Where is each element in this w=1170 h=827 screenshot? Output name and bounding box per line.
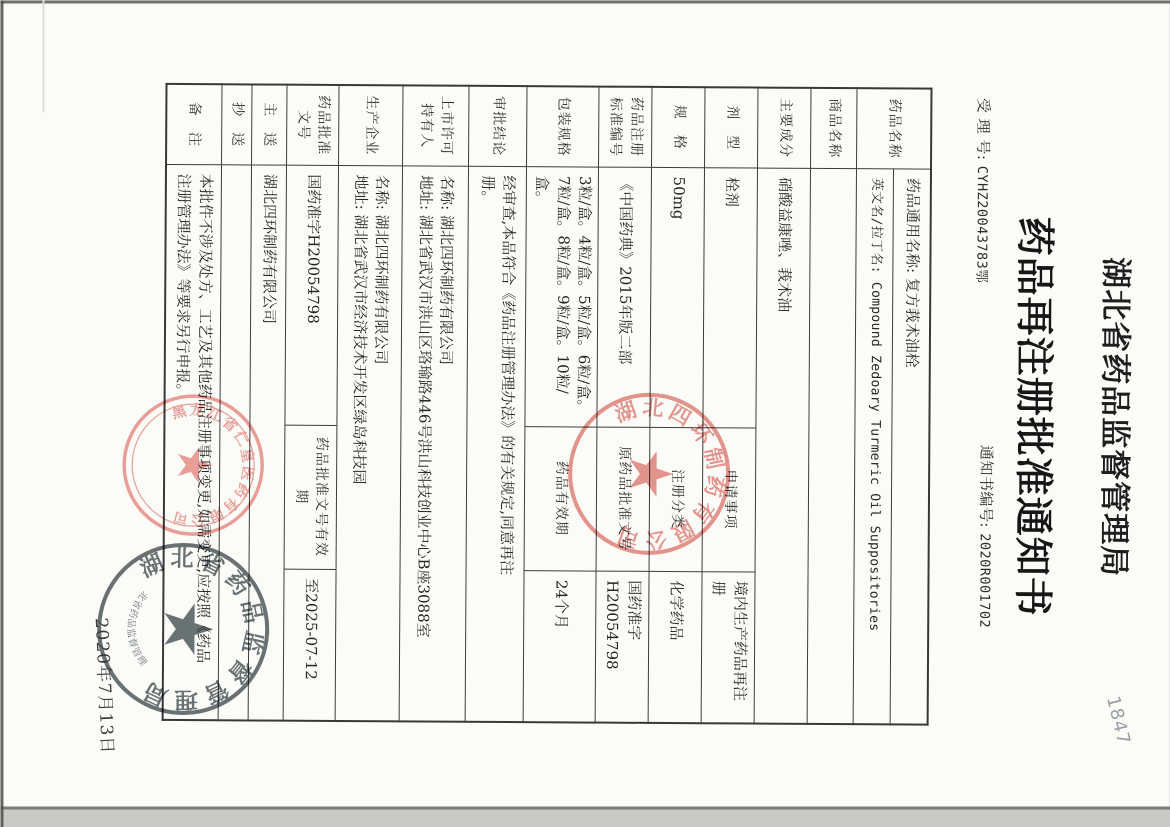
conclusion-label: 审批结论 (468, 85, 526, 165)
acceptance-number-label: 受 理 号: (974, 97, 992, 160)
registration-class-label: 注册分类 (649, 426, 703, 570)
registration-class-cell: 化学药品 (648, 570, 702, 722)
original-approval-label: 原药品批准文号 (596, 426, 650, 570)
shelf-life-label: 药品有效期 (524, 426, 597, 570)
standard-no-label: 药品注册标准编号 (599, 86, 652, 166)
approval-no-label: 药品批准文号 (286, 84, 338, 164)
approval-validity-cell: 至2025-07-12 (283, 568, 336, 720)
table-row: 主 送 湖北四环制药有限公司 (248, 84, 287, 720)
manufacturer-label: 生产企业 (338, 84, 402, 164)
standard-no-cell: 《中国药典》2015年版二部 (597, 166, 652, 426)
document-page: 湖北省药品监督管理局 药品再注册批准通知书 受 理 号: CYHZ2004378… (0, 0, 1170, 827)
notice-number-value: 2020R001702 (976, 533, 993, 628)
scanned-document-canvas: 湖北省药品监督管理局 药品再注册批准通知书 受 理 号: CYHZ2004378… (0, 0, 1170, 827)
remarks-cell: 本批件不涉及处方、工艺及其他药品注册事项变更,如需变更,应按照《药品注册管理办法… (162, 163, 221, 719)
holder-address: 地址: 湖北省武汉市洪山区珞瑜路446号洪山科技创业中心B座3088室 (410, 174, 435, 711)
dosage-form-cell: 栓剂 (703, 167, 758, 427)
main-recipient-label: 主 送 (251, 84, 286, 164)
strength-label: 规 格 (652, 86, 705, 166)
trade-name-cell (807, 167, 856, 723)
english-name-cell: 英文名/拉丁名: Compound Zedoary Turmeric Oil S… (853, 168, 893, 724)
dosage-form-label: 剂 型 (705, 87, 758, 167)
cc-cell (218, 164, 251, 720)
drug-name-label: 药品名称 (857, 88, 931, 168)
table-row: 药品注册标准编号 《中国药典》2015年版二部 原药品批准文号 国药准字H200… (595, 86, 652, 722)
notice-title: 药品再注册批准通知书 (1005, 3, 1066, 827)
registration-table: 药品名称 药品通用名称: 复方莪术油栓 英文名/拉丁名: Compound Ze… (161, 82, 932, 725)
table-row: 生产企业 名称: 湖北四环制药有限公司 地址: 湖北省武汉市经济技术开发区绿岛科… (335, 84, 403, 720)
package-spec-cell: 3粒/盒。4粒/盒。5粒/盒。6粒/盒。7粒/盒。8粒/盒。9粒/盒。10粒/盒… (525, 166, 599, 426)
shelf-life-cell: 24个月 (523, 570, 596, 722)
table-row: 规 格 50mg 注册分类 化学药品 (648, 86, 705, 722)
cc-label: 抄 送 (221, 84, 251, 164)
main-recipient-cell: 湖北四环制药有限公司 (248, 164, 286, 720)
table-row: 抄 送 (218, 84, 252, 720)
table-row: 商品名称 (807, 87, 857, 723)
application-type-cell: 境内生产药品再注册 (701, 571, 755, 723)
table-row: 剂 型 栓剂 申请事项 境内生产药品再注册 (701, 87, 758, 723)
document-content: 湖北省药品监督管理局 药品再注册批准通知书 受 理 号: CYHZ2004378… (0, 0, 1170, 827)
manufacturer-name: 名称: 湖北四环制药有限公司 (367, 174, 392, 711)
acceptance-number-line: 受 理 号: CYHZ20043783鄂 (972, 97, 994, 283)
ingredients-cell: 硝酸益康唑、莪术油 (754, 167, 810, 723)
table-row: 上市许可持有人 名称: 湖北四环制药有限公司 地址: 湖北省武汉市洪山区珞瑜路4… (399, 85, 469, 721)
table-row: 英文名/拉丁名: Compound Zedoary Turmeric Oil S… (853, 88, 894, 724)
generic-name-cell: 药品通用名称: 复方莪术油栓 (890, 168, 930, 724)
package-spec-label: 包装规格 (526, 86, 599, 166)
approval-validity-label: 药品批准文号有效期 (284, 424, 337, 568)
strength-cell: 50mg (650, 166, 705, 426)
trade-name-label: 商品名称 (811, 87, 857, 167)
holder-cell: 名称: 湖北四环制药有限公司 地址: 湖北省武汉市洪山区珞瑜路446号洪山科技创… (399, 165, 468, 721)
table-row: 审批结论 经审查,本品符合《药品注册管理办法》的有关规定,同意再注册。 (465, 85, 527, 721)
application-type-label: 申请事项 (702, 427, 756, 571)
notice-number-label: 通知书编号: (976, 444, 995, 527)
table-row: 备 注 本批件不涉及处方、工艺及其他药品注册事项变更,如需变更,应按照《药品注册… (162, 83, 222, 719)
manufacturer-address: 地址: 湖北省武汉市经济技术开发区绿岛科技园 (345, 174, 370, 711)
conclusion-cell: 经审查,本品符合《药品注册管理办法》的有关规定,同意再注册。 (465, 165, 526, 721)
issue-date: 2020年7月13日 (90, 617, 121, 755)
notice-number-line: 通知书编号: 2020R001702 (975, 444, 997, 627)
original-approval-cell: 国药准字H20054798 (595, 570, 649, 722)
acceptance-number-value: CYHZ20043783鄂 (973, 165, 990, 283)
table-row: 主要成分 硝酸益康唑、莪术油 (754, 87, 811, 723)
holder-label: 上市许可持有人 (402, 85, 468, 165)
approval-no-cell: 国药准字H20054798 (285, 164, 339, 424)
ingredients-label: 主要成分 (758, 87, 811, 167)
table-row: 药品名称 药品通用名称: 复方莪术油栓 (890, 88, 931, 724)
manufacturer-cell: 名称: 湖北四环制药有限公司 地址: 湖北省武汉市经济技术开发区绿岛科技园 (335, 164, 402, 720)
table-row: 包装规格 3粒/盒。4粒/盒。5粒/盒。6粒/盒。7粒/盒。8粒/盒。9粒/盒。… (523, 86, 599, 722)
table-row: 药品批准文号 国药准字H20054798 药品批准文号有效期 至2025-07-… (283, 84, 339, 720)
holder-name: 名称: 湖北四环制药有限公司 (432, 175, 457, 712)
remarks-label: 备 注 (165, 83, 221, 163)
